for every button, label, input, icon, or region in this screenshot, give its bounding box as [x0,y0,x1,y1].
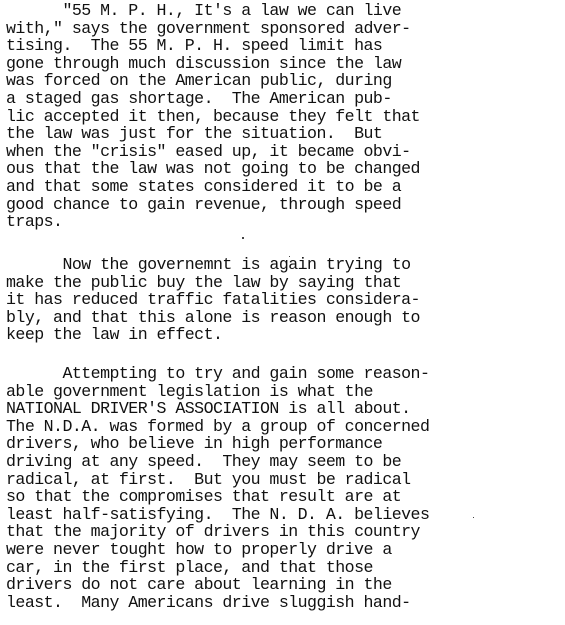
text-line: NATIONAL DRIVER'S ASSOCIATION is all abo… [6,400,429,418]
scan-speck [473,517,474,518]
text-line: good chance to gain revenue, through spe… [6,196,420,214]
text-line: lic accepted it then, because they felt … [6,108,420,126]
text-line: keep the law in effect. [6,326,420,344]
text-line: a staged gas shortage. The American pub- [6,90,420,108]
text-line: tising. The 55 M. P. H. speed limit has [6,37,420,55]
text-line: Now the governemnt is again trying to [6,256,420,274]
text-line: when the "crisis" eased up, it became ob… [6,143,420,161]
text-line: drivers do not care about learning in th… [6,576,429,594]
text-line: able government legislation is what the [6,383,429,401]
text-line: least half-satisfying. The N. D. A. beli… [6,506,429,524]
text-line: drivers, who believe in high performance [6,435,429,453]
text-line: "55 M. P. H., It's a law we can live [6,2,420,20]
text-line: gone through much discussion since the l… [6,55,420,73]
paragraph-nda-about: Attempting to try and gain some reason-a… [6,365,429,611]
text-line: make the public buy the law by saying th… [6,274,420,292]
text-line: that the majority of drivers in this cou… [6,523,429,541]
paragraph-government-fatalities: Now the governemnt is again trying tomak… [6,256,420,344]
text-line: ous that the law was not going to be cha… [6,160,420,178]
text-line: Attempting to try and gain some reason- [6,365,429,383]
text-line: were never tought how to properly drive … [6,541,429,559]
text-line: was forced on the American public, durin… [6,72,420,90]
scan-speck [242,237,244,239]
text-line: car, in the first place, and that those [6,559,429,577]
text-line: so that the compromises that result are … [6,488,429,506]
text-line: it has reduced traffic fatalities consid… [6,291,420,309]
text-line: the law was just for the situation. But [6,125,420,143]
paragraph-55-mph-law: "55 M. P. H., It's a law we can livewith… [6,2,420,231]
text-line: traps. [6,213,420,231]
text-line: radical, at first. But you must be radic… [6,471,429,489]
text-line: least. Many Americans drive sluggish han… [6,594,429,612]
text-line: and that some states considered it to be… [6,178,420,196]
scan-speck [289,256,290,257]
text-line: The N.D.A. was formed by a group of conc… [6,418,429,436]
text-line: with," says the government sponsored adv… [6,20,420,38]
text-line: bly, and that this alone is reason enoug… [6,309,420,327]
text-line: driving at any speed. They may seem to b… [6,453,429,471]
